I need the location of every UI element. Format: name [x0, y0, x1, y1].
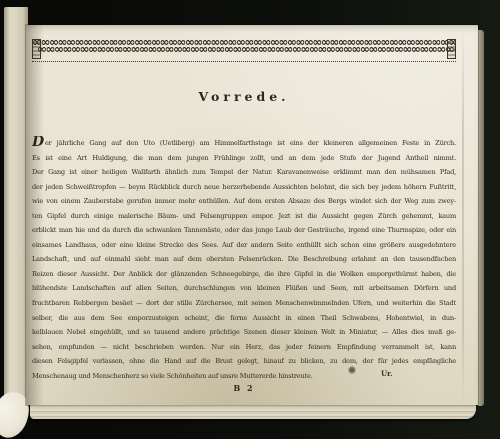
- text-line: einsames Landhaus, oder eine kleine Stre…: [32, 238, 456, 253]
- book-page: ∞∞∞∞∞∞∞∞∞∞∞∞∞∞∞∞∞∞∞∞∞∞∞∞∞∞∞∞∞∞∞∞∞∞∞∞∞∞∞∞…: [26, 25, 478, 405]
- body-text: Der jährliche Gang auf den Uto (Uetliber…: [32, 136, 456, 383]
- text-line: erblickt man hie und da durch die schwan…: [32, 223, 456, 238]
- text-line: Es ist eine Art Huldigung, die man dem j…: [32, 151, 456, 166]
- text-line: Der Gang ist einer heiligen Wallfarth äh…: [32, 165, 456, 180]
- ornament-endcap-icon: [32, 39, 41, 59]
- catchword: Ur.: [381, 369, 393, 378]
- text-line: selber, die aus dem See emporzusteigen s…: [32, 311, 456, 326]
- page-title: Vorrede.: [32, 89, 456, 104]
- text-line: diesen Felsgipfel verlassen, ohne die Ha…: [32, 354, 456, 369]
- text-line: wie von einem Zauberstabe gerufen immer …: [32, 194, 456, 209]
- text-line: Reizen dieser Aussicht. Der Anblick der …: [32, 267, 456, 282]
- text-line: blühendste Landschaften auf allen Seiten…: [32, 281, 456, 296]
- text-line: Der jährliche Gang auf den Uto (Uetliber…: [32, 136, 456, 151]
- ink-spot: [348, 366, 356, 374]
- text-line: kelblauen Nebel eingehüllt, und so tause…: [32, 325, 456, 340]
- text-line: fruchtbaren Rebbergen besäet — dort der …: [32, 296, 456, 311]
- text-line: der jeden Schweißtropfen — beym Rückblic…: [32, 180, 456, 195]
- page-block-right-edge: [478, 30, 484, 406]
- drop-cap: D: [32, 137, 44, 147]
- ornament-headband: ∞∞∞∞∞∞∞∞∞∞∞∞∞∞∞∞∞∞∞∞∞∞∞∞∞∞∞∞∞∞∞∞∞∞∞∞∞∞∞∞…: [32, 36, 456, 62]
- ornament-endcap-icon: [447, 39, 456, 59]
- ornament-row: ∞∞∞∞∞∞∞∞∞∞∞∞∞∞∞∞∞∞∞∞∞∞∞∞∞∞∞∞∞∞∞∞∞∞∞∞∞∞∞∞…: [32, 43, 456, 55]
- text-line: Landschaft, und auf einmahl sieht man au…: [32, 252, 456, 267]
- text-line: sehen, empfunden — nicht beschrieben wer…: [32, 340, 456, 355]
- book-fore-edge: [4, 7, 28, 419]
- text-line: ten Gipfel durch einige malerische Bäum-…: [32, 209, 456, 224]
- page-crease: [462, 25, 464, 405]
- photo-background: ∞∞∞∞∞∞∞∞∞∞∞∞∞∞∞∞∞∞∞∞∞∞∞∞∞∞∞∞∞∞∞∞∞∞∞∞∞∞∞∞…: [0, 0, 500, 439]
- underlying-page-edges: [30, 404, 476, 419]
- signature-mark: B 2: [32, 383, 456, 393]
- text-line-content: er jährliche Gang auf den Uto (Uetliberg…: [45, 139, 456, 147]
